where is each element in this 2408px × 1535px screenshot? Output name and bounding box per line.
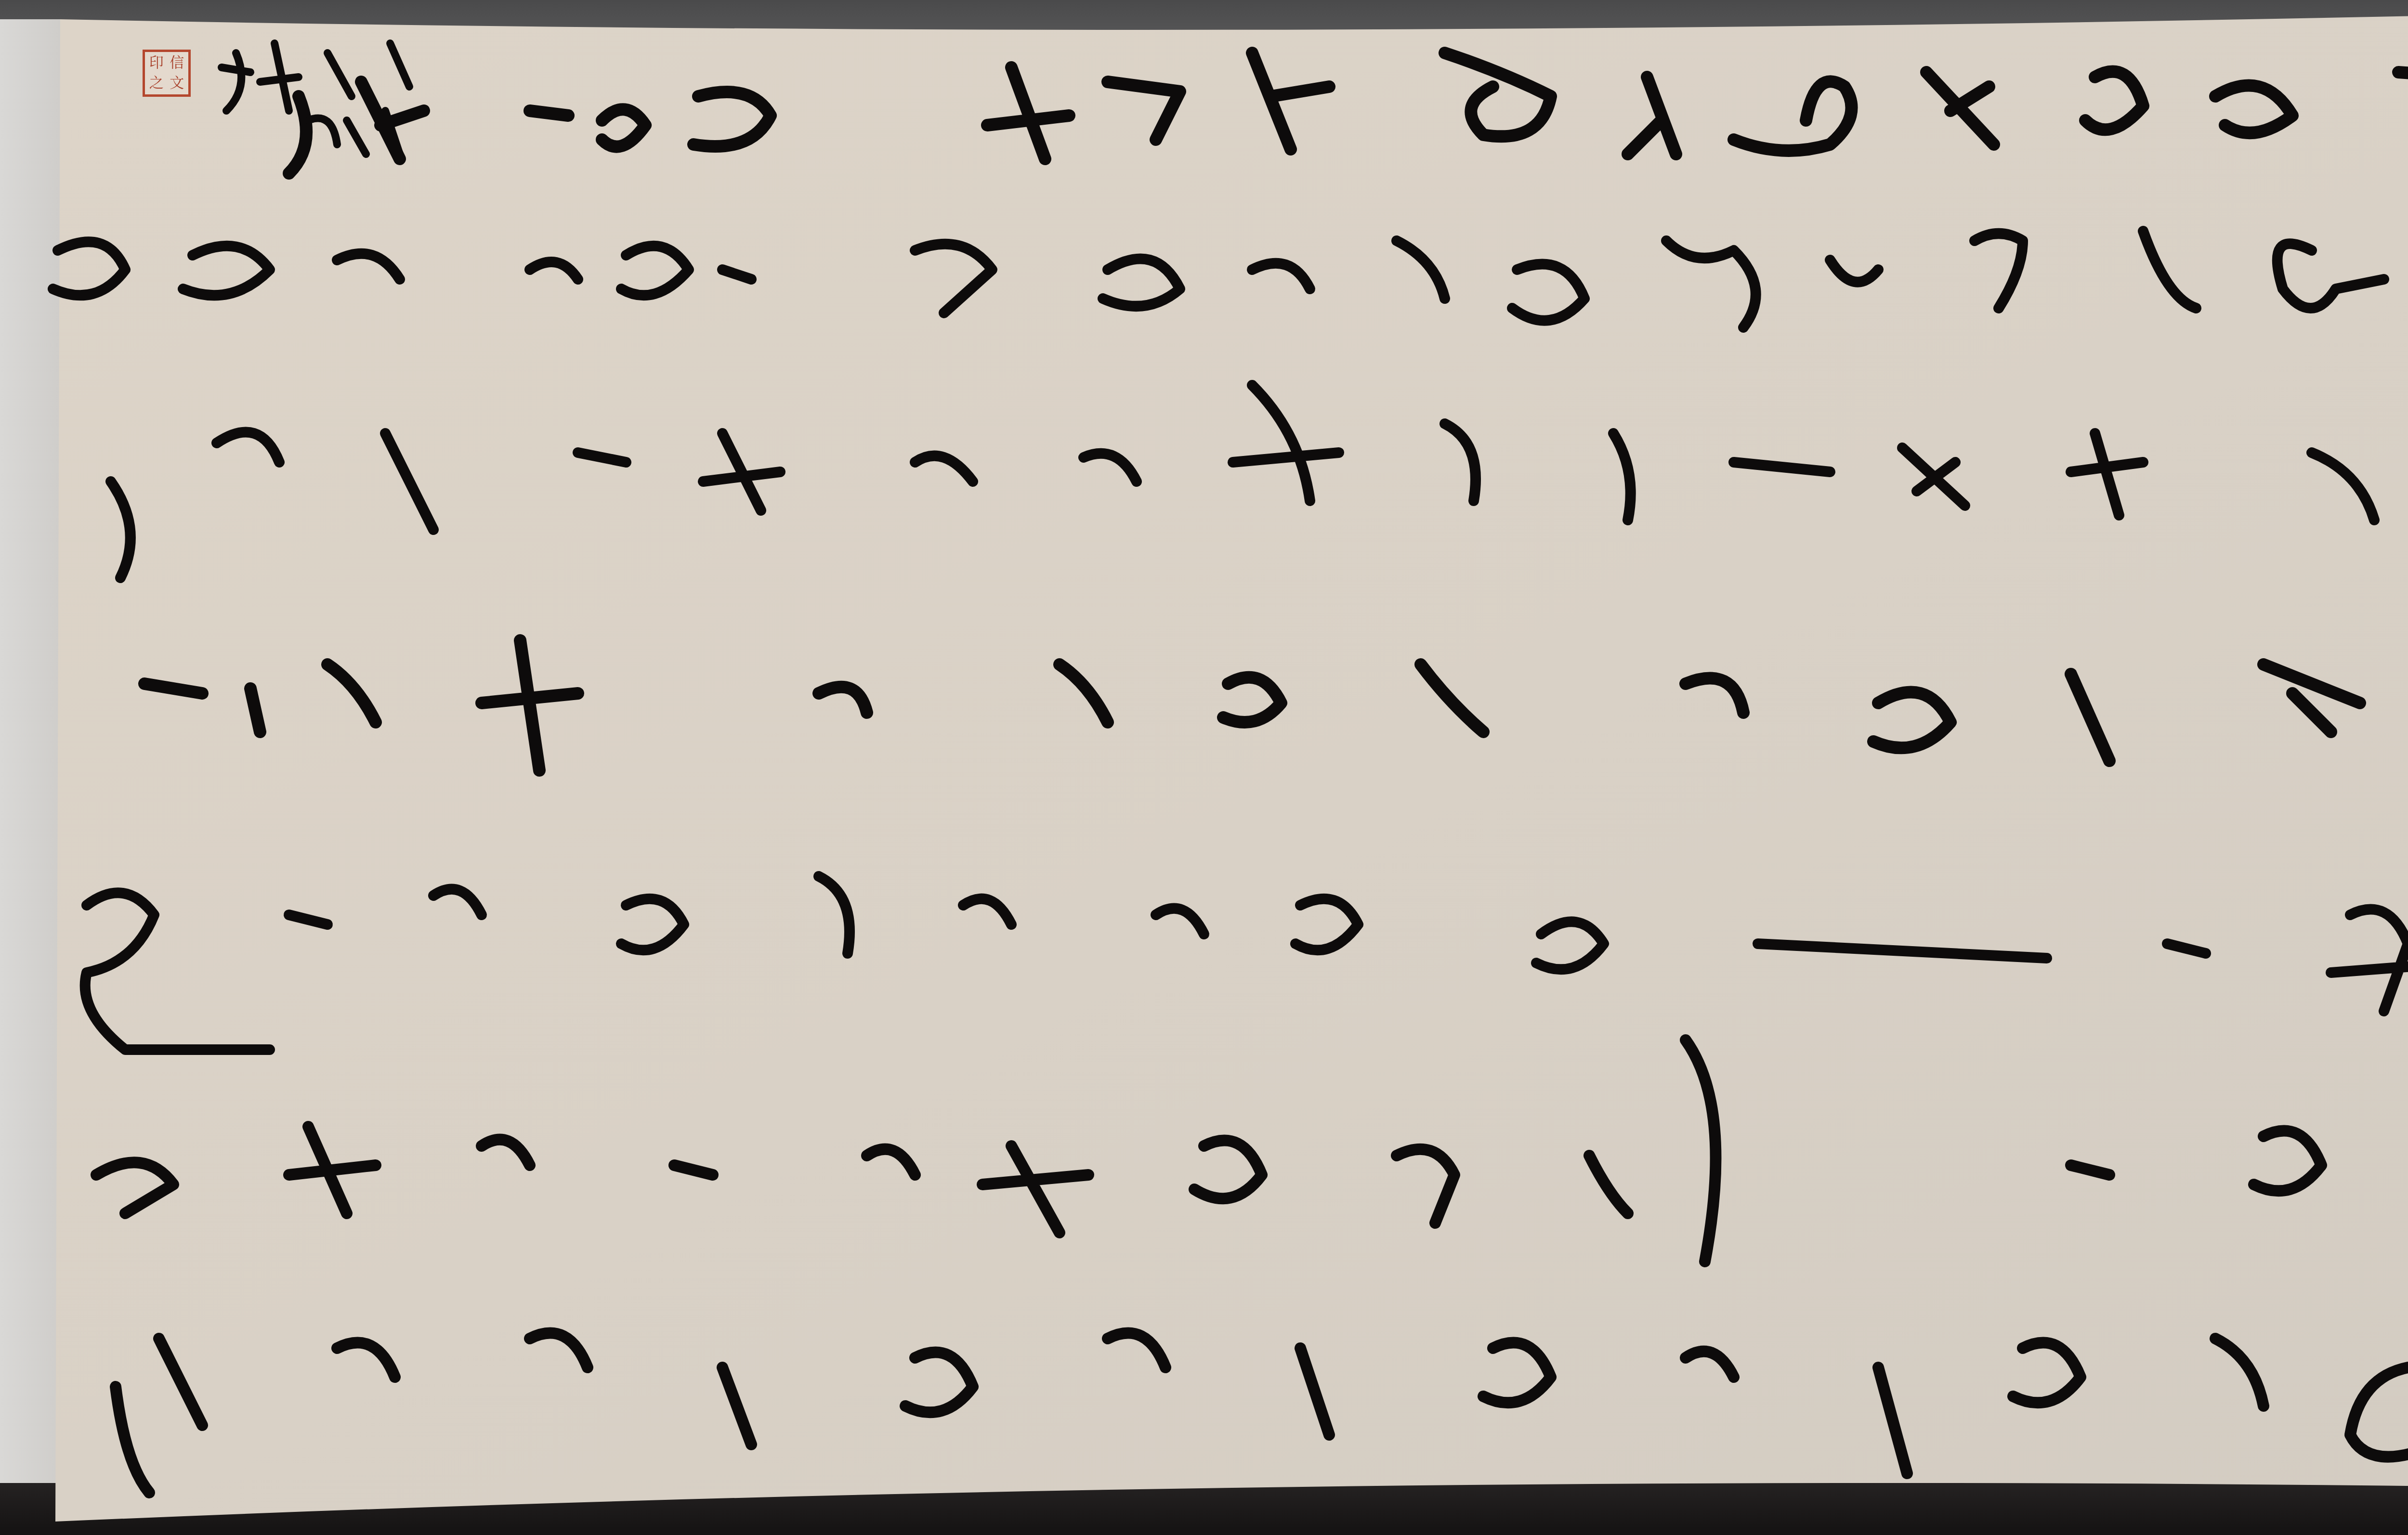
calligraphy-paper (0, 0, 2408, 1535)
seal-glyph: 信 (168, 54, 187, 73)
seal-glyph: 文 (168, 74, 187, 93)
seal-glyph: 之 (147, 74, 166, 93)
seal-glyph: 印 (147, 54, 166, 73)
paper-sheet (55, 6, 2408, 1522)
artist-seal: 印 信 之 文 (143, 50, 191, 97)
